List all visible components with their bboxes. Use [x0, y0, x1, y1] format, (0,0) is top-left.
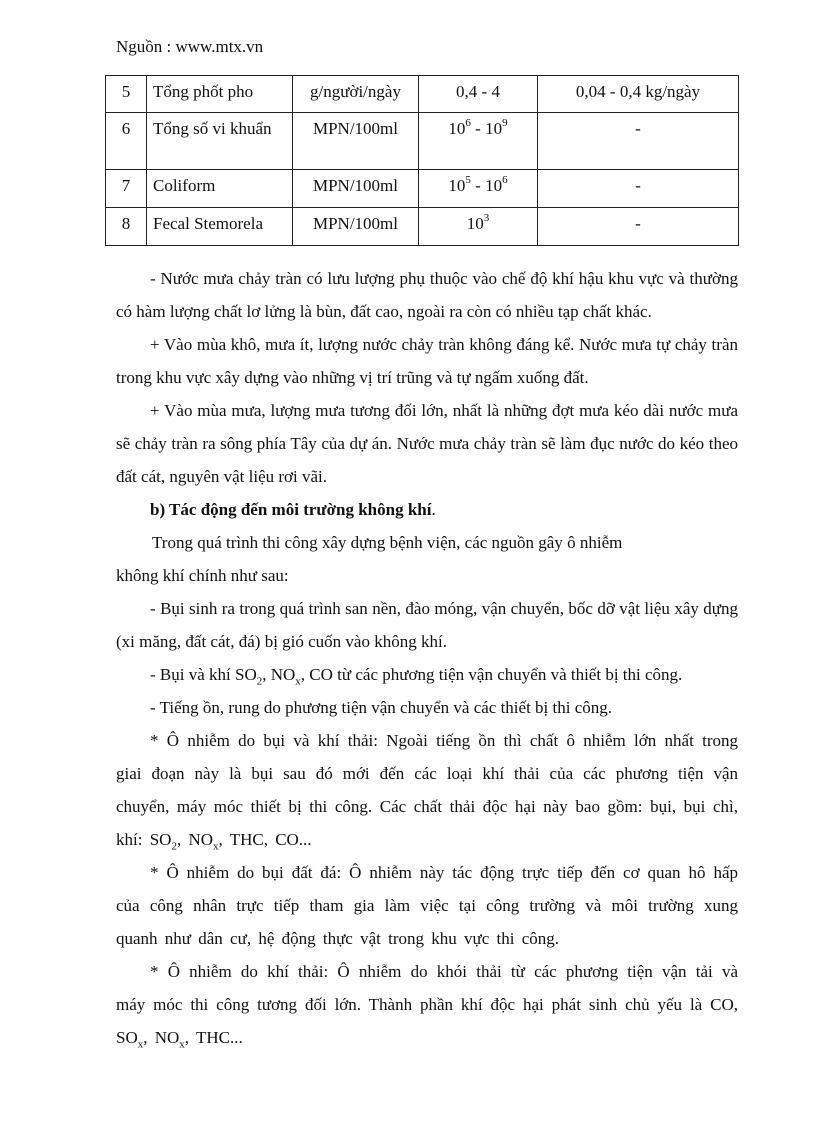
parameter-total: 0,04 - 0,4 kg/ngày — [538, 76, 739, 113]
paragraph-exhaust-pollution: * Ô nhiễm do khí thải: Ô nhiễm do khói t… — [116, 955, 738, 1054]
parameter-unit: MPN/100ml — [293, 170, 419, 208]
parameter-total: - — [538, 113, 739, 170]
parameter-range: 106 - 109 — [419, 113, 538, 170]
paragraph-rainy-season: + Vào mùa mưa, lượng mưa tương đối lớn, … — [116, 394, 738, 493]
source-line: Nguồn : www.mtx.vn — [116, 37, 263, 57]
parameter-name: Tổng phốt pho — [147, 76, 293, 113]
paragraph-dust-sources: - Bụi sinh ra trong quá trình san nền, đ… — [116, 592, 738, 658]
paragraph-pollution-sources-line1: Trong quá trình thi công xây dựng bệnh v… — [116, 526, 738, 559]
paragraph-soil-dust-pollution: * Ô nhiễm do bụi đất đá: Ô nhiễm này tác… — [116, 856, 738, 955]
paragraph-dry-season: + Vào mùa khô, mưa ít, lượng nước chảy t… — [116, 328, 738, 394]
parameter-range: 0,4 - 4 — [419, 76, 538, 113]
parameter-total: - — [538, 208, 739, 246]
parameter-range: 105 - 106 — [419, 170, 538, 208]
paragraph-dust-exhaust-pollution: * Ô nhiễm do bụi và khí thải: Ngoài tiến… — [116, 724, 738, 856]
parameter-unit: MPN/100ml — [293, 113, 419, 170]
paragraph-noise: - Tiếng ồn, rung do phương tiện vận chuy… — [116, 691, 738, 724]
paragraph-pollution-sources-line2: không khí chính như sau: — [116, 559, 738, 592]
row-number: 7 — [106, 170, 147, 208]
paragraph-dust-gases: - Bụi và khí SO2, NOx, CO từ các phương … — [116, 658, 738, 691]
row-number: 5 — [106, 76, 147, 113]
row-number: 6 — [106, 113, 147, 170]
parameter-range: 103 — [419, 208, 538, 246]
parameter-unit: g/người/ngày — [293, 76, 419, 113]
paragraph-runoff-flow: - Nước mưa chảy tràn có lưu lượng phụ th… — [116, 262, 738, 328]
table-row: 6 Tổng số vi khuẩn MPN/100ml 106 - 109 - — [106, 113, 739, 170]
section-heading-air-impact: b) Tác động đến môi trường không khí. — [116, 493, 738, 526]
parameter-name: Fecal Stemorela — [147, 208, 293, 246]
wastewater-parameters-table: 5 Tổng phốt pho g/người/ngày 0,4 - 4 0,0… — [105, 75, 739, 246]
table-row: 7 Coliform MPN/100ml 105 - 106 - — [106, 170, 739, 208]
parameter-name: Tổng số vi khuẩn — [147, 113, 293, 170]
table-row: 8 Fecal Stemorela MPN/100ml 103 - — [106, 208, 739, 246]
parameter-name: Coliform — [147, 170, 293, 208]
parameter-total: - — [538, 170, 739, 208]
table-row: 5 Tổng phốt pho g/người/ngày 0,4 - 4 0,0… — [106, 76, 739, 113]
row-number: 8 — [106, 208, 147, 246]
parameter-unit: MPN/100ml — [293, 208, 419, 246]
